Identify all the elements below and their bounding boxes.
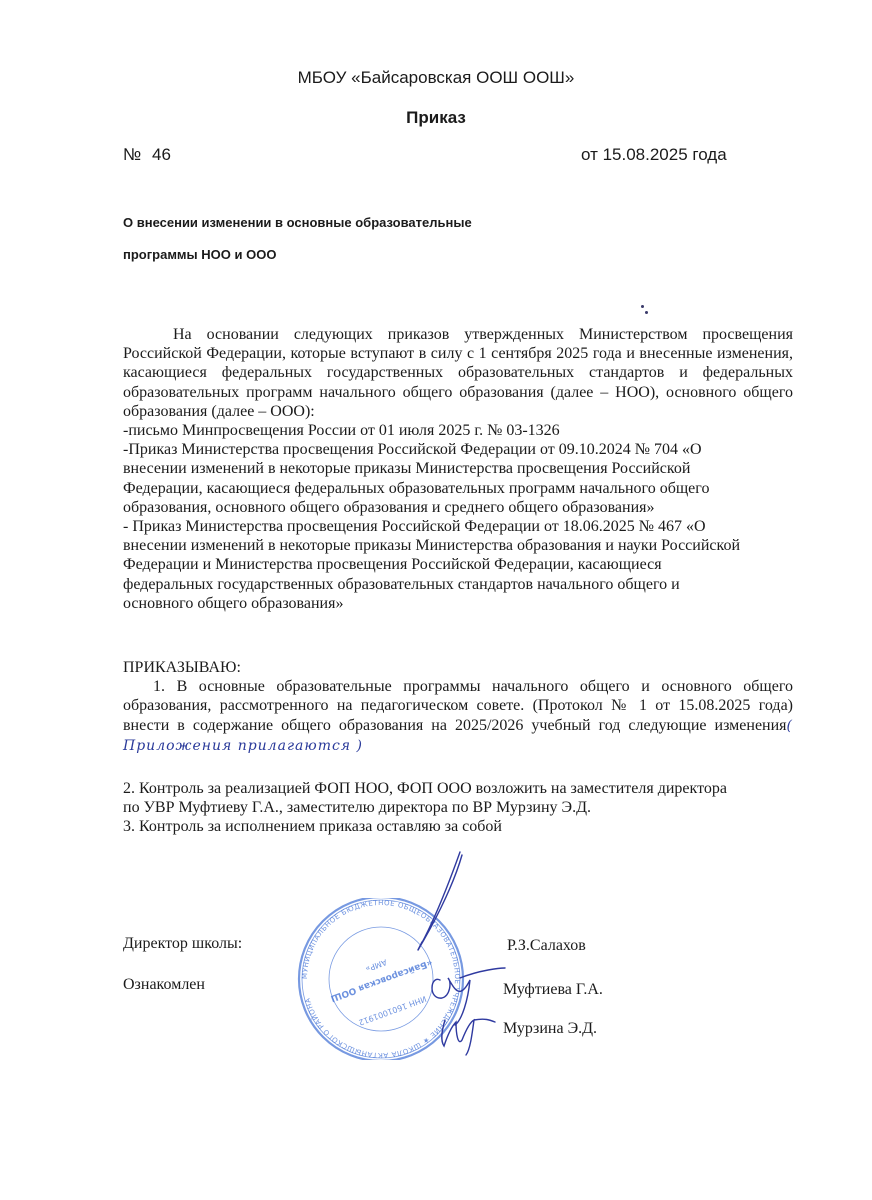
- reference-line: -письмо Минпросвещения России от 01 июля…: [123, 421, 793, 440]
- order-item-2-line-2: по УВР Муфтиеву Г.А., заместителю директ…: [123, 798, 813, 817]
- reference-line: - Приказ Министерства просвещения Россий…: [123, 517, 793, 536]
- acknowledged-name-1: Муфтиева Г.А.: [503, 981, 603, 999]
- reference-line: федеральных государственных образователь…: [123, 575, 793, 594]
- order-heading: ПРИКАЗЫВАЮ:: [123, 658, 793, 677]
- school-name: МБОУ «Байсаровская ООШ ООШ»: [0, 68, 872, 88]
- order-section: ПРИКАЗЫВАЮ: 1. В основные образовательны…: [123, 658, 793, 756]
- order-date: от 15.08.2025 года: [581, 145, 727, 165]
- acknowledged-label: Ознакомлен: [123, 976, 205, 994]
- muftieva-signature: [432, 968, 505, 1025]
- reference-line: образования, основного общего образовани…: [123, 498, 793, 517]
- number-label: №: [123, 145, 141, 164]
- reference-line: внесении изменений в некоторые приказы М…: [123, 459, 793, 478]
- reference-line: основного общего образования»: [123, 594, 793, 613]
- order-item-2-line-1: 2. Контроль за реализацией ФОП НОО, ФОП …: [123, 779, 813, 798]
- order-item-3: 3. Контроль за исполнением приказа остав…: [123, 817, 813, 836]
- document-type: Приказ: [0, 108, 872, 128]
- signatures-ink: [400, 850, 520, 1060]
- preamble-paragraph: На основании следующих приказов утвержде…: [123, 325, 793, 421]
- reference-line: внесении изменений в некоторые приказы М…: [123, 536, 793, 555]
- subject-line-2: программы НОО и ООО: [123, 247, 276, 262]
- scan-speck: [645, 311, 648, 314]
- stamp-center-2: АМР»: [364, 957, 388, 973]
- reference-line: -Приказ Министерства просвещения Российс…: [123, 440, 793, 459]
- acknowledged-name-2: Мурзина Э.Д.: [503, 1020, 597, 1038]
- order-item-1: 1. В основные образовательные программы …: [123, 677, 793, 756]
- subject-line-1: О внесении изменении в основные образова…: [123, 215, 472, 230]
- number-value: 46: [152, 145, 171, 164]
- scan-speck: [641, 305, 644, 308]
- director-name: Р.З.Салахов: [507, 937, 586, 955]
- director-signature: [418, 852, 462, 950]
- order-number: № 46: [123, 145, 171, 165]
- reference-line: Федерации и Министерства просвещения Рос…: [123, 555, 793, 574]
- director-label: Директор школы:: [123, 935, 242, 953]
- order-item-1-text: 1. В основные образовательные программы …: [123, 678, 793, 733]
- preamble: На основании следующих приказов утвержде…: [123, 325, 793, 613]
- reference-line: Федерации, касающиеся федеральных образо…: [123, 479, 793, 498]
- murzina-signature: [442, 1019, 495, 1055]
- order-items-2-3: 2. Контроль за реализацией ФОП НОО, ФОП …: [123, 779, 813, 837]
